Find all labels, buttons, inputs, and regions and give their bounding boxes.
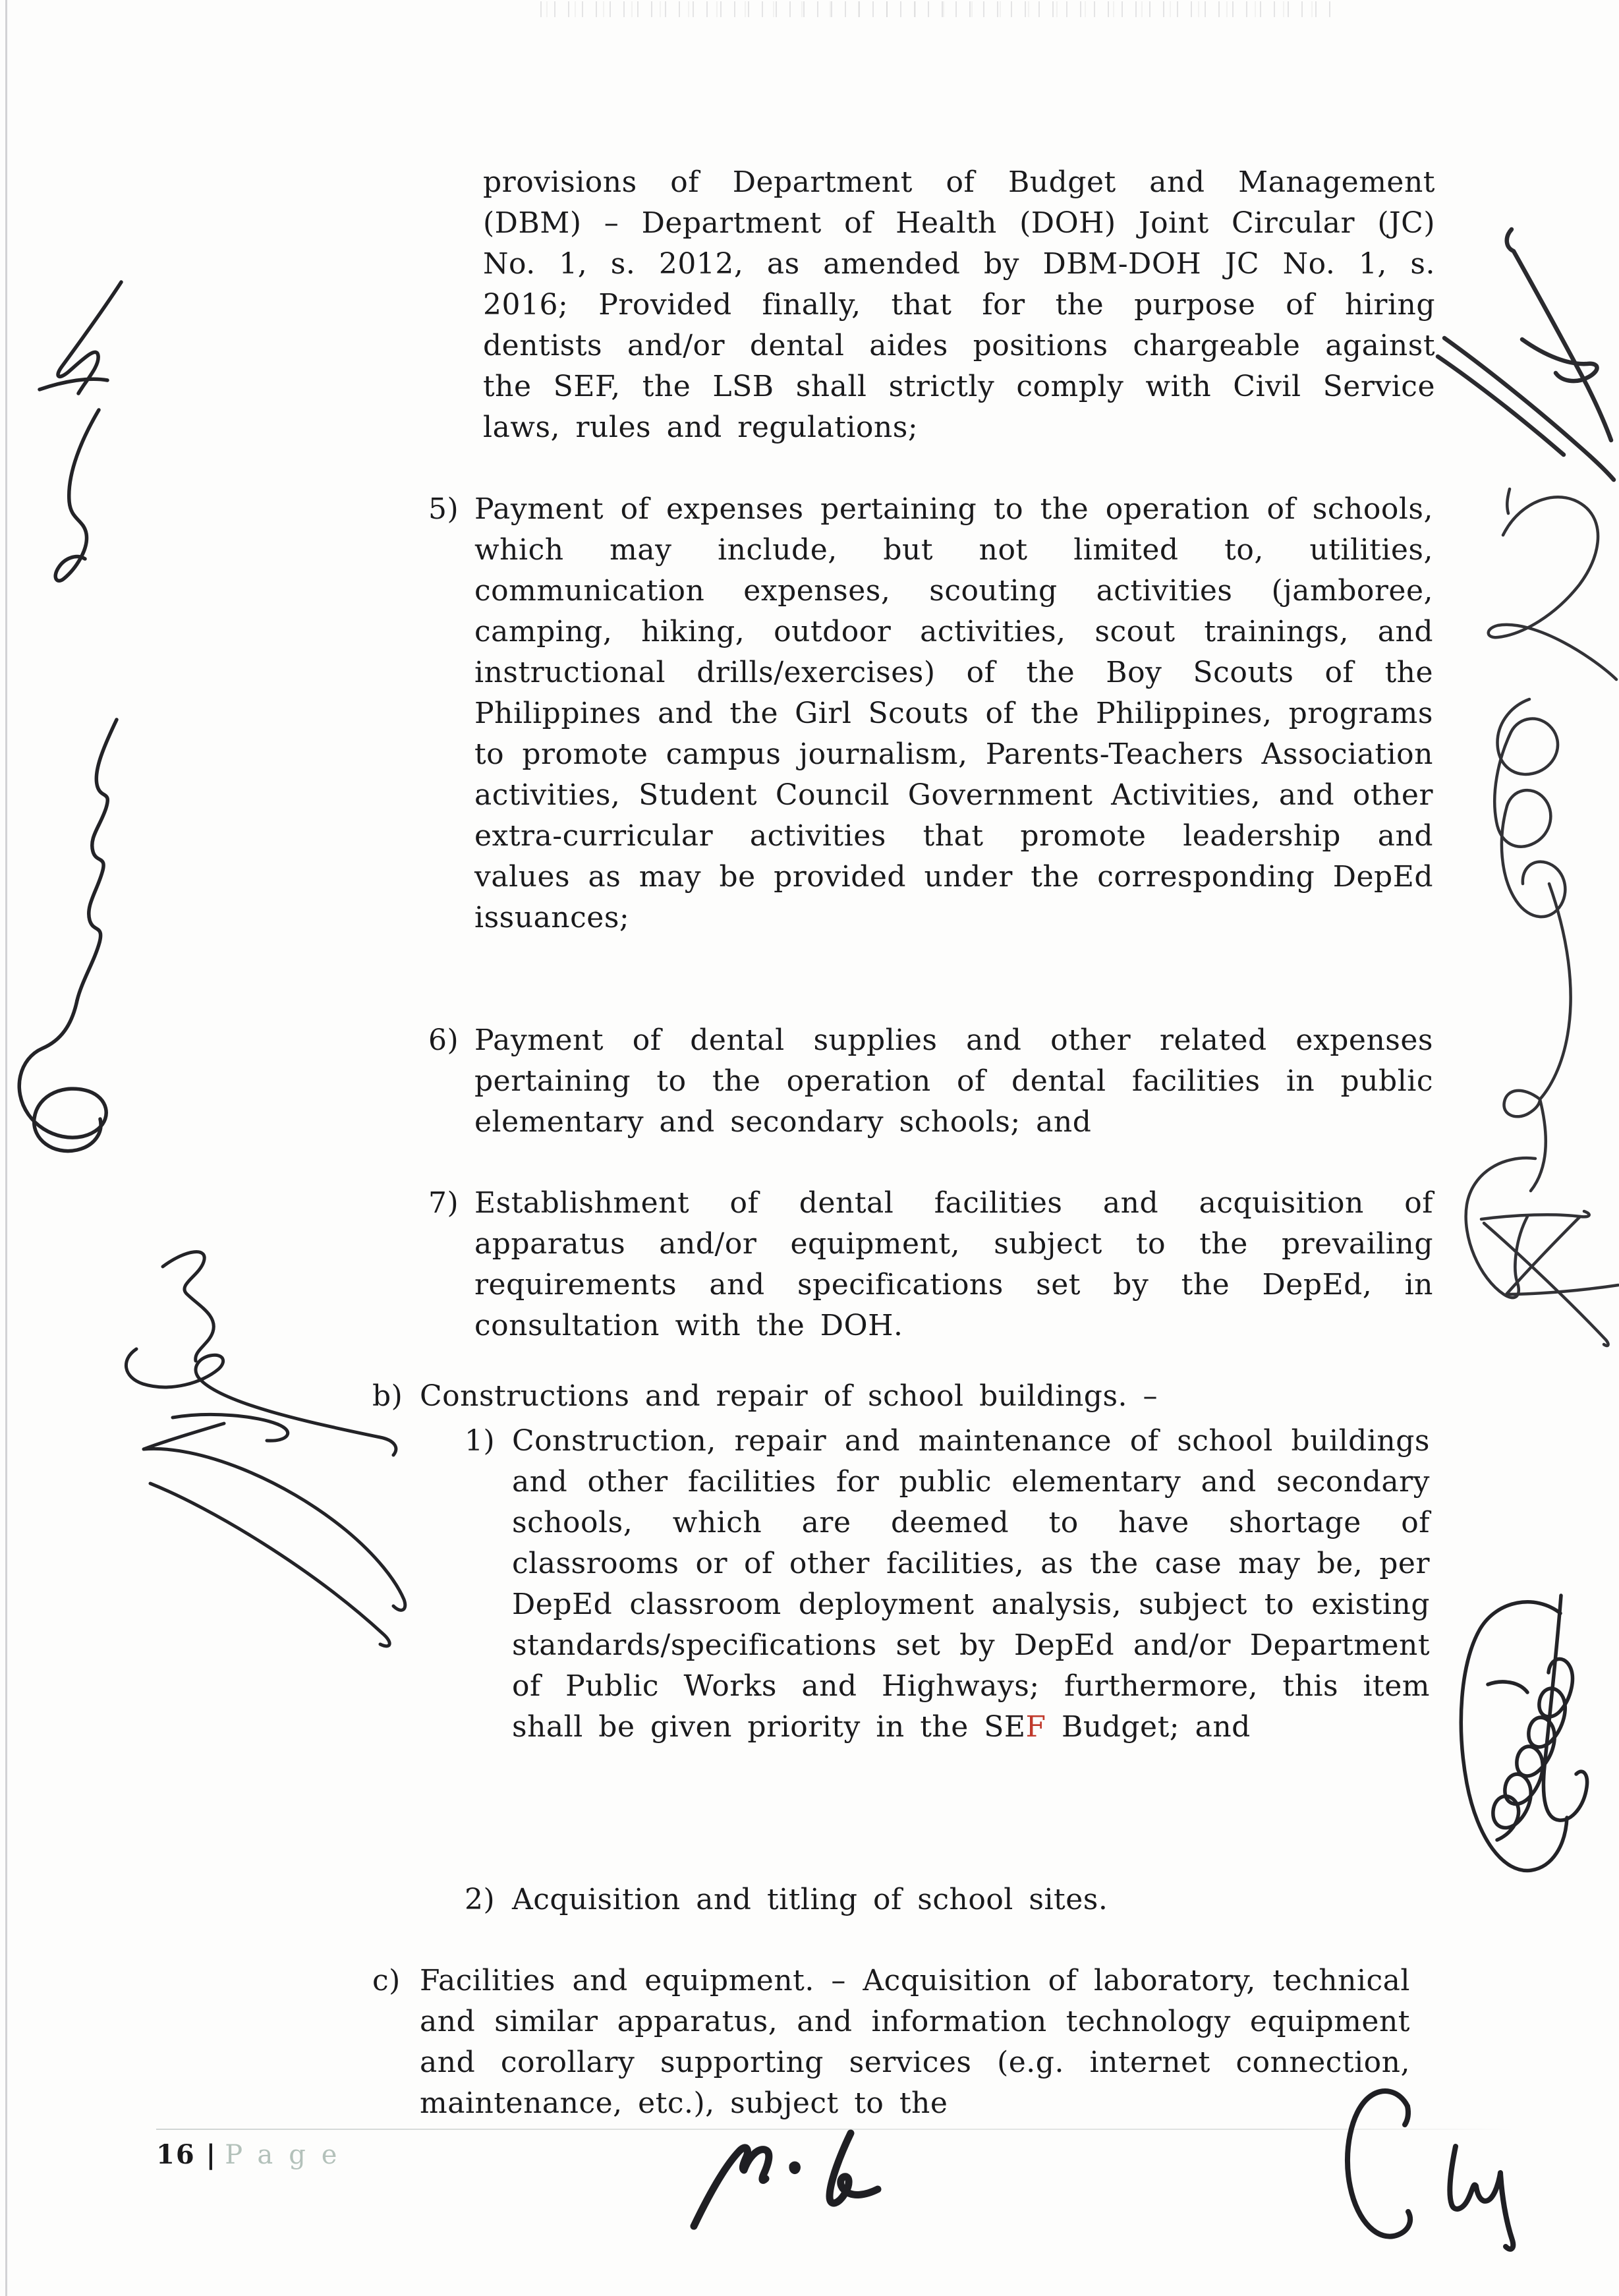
b1-text-after-red: Budget; and <box>1046 1710 1251 1744</box>
list-item-5: 5) Payment of expenses pertaining to the… <box>428 489 1433 938</box>
section-b-marker: b) <box>372 1376 403 1417</box>
b1-red-letter: F <box>1026 1710 1046 1744</box>
list-marker-7: 7) <box>428 1183 459 1224</box>
list-marker-5: 5) <box>428 489 459 530</box>
scan-artifact-left-edge-line <box>5 0 7 2296</box>
list-item-5-text: Payment of expenses pertaining to the op… <box>474 489 1433 938</box>
section-b-heading: b) Constructions and repair of school bu… <box>372 1376 1420 1417</box>
list-marker-b1: 1) <box>465 1421 495 1462</box>
section-c-marker: c) <box>372 1961 401 2001</box>
section-c-text: Facilities and equipment. – Acquisition … <box>420 1961 1410 2124</box>
list-item-b1-text: Construction, repair and maintenance of … <box>512 1421 1430 1748</box>
footer-divider-line <box>156 2129 1514 2130</box>
page-footer: 16|Page <box>156 2138 353 2172</box>
signature-right-main <box>1466 489 1618 1346</box>
list-item-6: 6) Payment of dental supplies and other … <box>428 1020 1433 1143</box>
scan-artifact-top-specks <box>540 1 1338 17</box>
intro-paragraph: provisions of Department of Budget and M… <box>483 162 1435 448</box>
list-item-7: 7) Establishment of dental facilities an… <box>428 1183 1433 1346</box>
list-marker-6: 6) <box>428 1020 459 1061</box>
list-item-b2: 2) Acquisition and titling of school sit… <box>465 1880 1430 1920</box>
signature-left-lower <box>126 1252 405 1646</box>
list-item-b2-text: Acquisition and titling of school sites. <box>512 1880 1430 1920</box>
section-c: c) Facilities and equipment. – Acquisiti… <box>372 1961 1410 2124</box>
list-item-6-text: Payment of dental supplies and other rel… <box>474 1020 1433 1143</box>
list-item-b1: 1) Construction, repair and maintenance … <box>465 1421 1430 1748</box>
list-item-7-text: Establishment of dental facilities and a… <box>474 1183 1433 1346</box>
section-b-heading-text: Constructions and repair of school build… <box>420 1376 1420 1417</box>
signature-right-oval <box>1461 1595 1587 1870</box>
signature-right-top <box>1438 229 1614 480</box>
document-page: provisions of Department of Budget and M… <box>0 0 1619 2296</box>
list-marker-b2: 2) <box>465 1880 495 1920</box>
page-number: 16 <box>156 2139 196 2170</box>
signature-bottom-center <box>694 2133 878 2226</box>
footer-page-label: Page <box>225 2140 353 2170</box>
footer-separator: | <box>206 2139 216 2170</box>
signature-left-top <box>40 282 121 581</box>
signature-left-middle <box>19 720 117 1151</box>
b1-text-before-red: Construction, repair and maintenance of … <box>512 1424 1430 1744</box>
